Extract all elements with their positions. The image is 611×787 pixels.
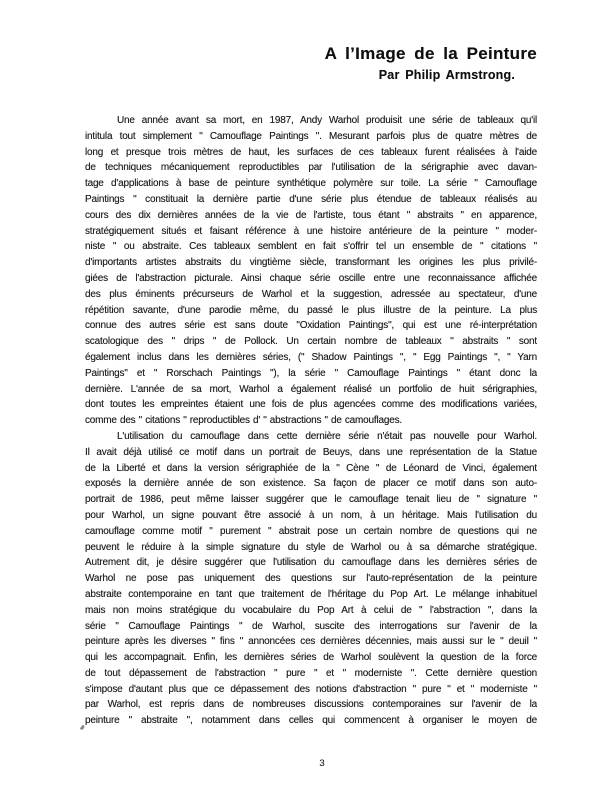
text-line: tage d'applications à base de peinture s… bbox=[85, 176, 537, 192]
text-line: mais non moins stratégique du vocabulair… bbox=[85, 603, 537, 619]
paragraph: Une année avant sa mort, en 1987, Andy W… bbox=[85, 113, 537, 429]
text-line: de la Liberté et dans la version sérigra… bbox=[85, 461, 537, 477]
text-line: intitula tout simplement " Camouflage Pa… bbox=[85, 129, 537, 145]
text-line: Paintings " constituait la dernière part… bbox=[85, 192, 537, 208]
text-line: dernière. L'année de sa mort, Warhol a é… bbox=[85, 382, 537, 398]
text-line: Warhol ne pose pas uniquement des questi… bbox=[85, 571, 537, 587]
text-line: peinture après les diverses " fins " ann… bbox=[85, 634, 537, 650]
text-line: des plus éminents précurseurs de Warhol … bbox=[85, 287, 537, 303]
text-line: répétition savante, d'une parodie même, … bbox=[85, 303, 537, 319]
page-title: A l’Image de la Peinture bbox=[85, 44, 537, 64]
text-line: peinture " abstraite ", notamment dans c… bbox=[85, 713, 537, 729]
text-line: exposés la dernière année de son existen… bbox=[85, 476, 537, 492]
page-number: 3 bbox=[85, 758, 537, 769]
text-line: par Warhol, est repris dans de nombreuse… bbox=[85, 697, 537, 713]
text-line: dont toutes les empreintes étaient une f… bbox=[85, 397, 537, 413]
document-page: A l’Image de la Peinture Par Philip Arms… bbox=[0, 0, 611, 787]
text-line: Une année avant sa mort, en 1987, Andy W… bbox=[85, 113, 537, 129]
text-line: cours des dix dernières années de la vie… bbox=[85, 208, 537, 224]
text-column: A l’Image de la Peinture Par Philip Arms… bbox=[85, 44, 537, 729]
text-line: d'importants artistes abstraits du vingt… bbox=[85, 255, 537, 271]
text-line: long et presque trois mètres de haut, le… bbox=[85, 145, 537, 161]
text-line: niste " ou abstraite. Ces tableaux sembl… bbox=[85, 239, 537, 255]
text-line: Autrement dit, je désire suggérer que l'… bbox=[85, 555, 537, 571]
text-line: s'impose d'autant plus que ce dépassemen… bbox=[85, 682, 537, 698]
text-line: portrait de 1986, peut même laisser sugg… bbox=[85, 492, 537, 508]
text-line: série " Camouflage Paintings " de Warhol… bbox=[85, 619, 537, 635]
paragraph: L'utilisation du camouflage dans cette d… bbox=[85, 429, 537, 729]
text-line: Il avait déjà utilisé ce motif dans un p… bbox=[85, 445, 537, 461]
text-line: camouflage comme motif " purement " abst… bbox=[85, 524, 537, 540]
text-line: giées de l'abstraction picturale. Ainsi … bbox=[85, 271, 537, 287]
text-line: pour Warhol, un signe pouvant être assoc… bbox=[85, 508, 537, 524]
text-line: peuvent le réduire à la simple signature… bbox=[85, 540, 537, 556]
article-body: Une année avant sa mort, en 1987, Andy W… bbox=[85, 113, 537, 729]
text-line: scatologique des " drips " de Pollock. U… bbox=[85, 334, 537, 350]
text-line: comme des " citations " reproductibles d… bbox=[85, 413, 537, 429]
text-line: également inclus dans les dernières séri… bbox=[85, 350, 537, 366]
text-line: L'utilisation du camouflage dans cette d… bbox=[85, 429, 537, 445]
text-line: de techniques mécaniquement reproductibl… bbox=[85, 160, 537, 176]
text-line: qui les accompagnait. Enfin, les dernièr… bbox=[85, 650, 537, 666]
text-line: abstraite contemporaine en tant que trai… bbox=[85, 587, 537, 603]
text-line: stratégiquement situés et faisant référe… bbox=[85, 224, 537, 240]
text-line: Paintings" et " Rorschach Paintings "), … bbox=[85, 366, 537, 382]
text-line: de tout dépassement de l'abstraction " p… bbox=[85, 666, 537, 682]
text-line: connue des autres série est sans doute "… bbox=[85, 318, 537, 334]
author-byline: Par Philip Armstrong. bbox=[85, 67, 537, 83]
